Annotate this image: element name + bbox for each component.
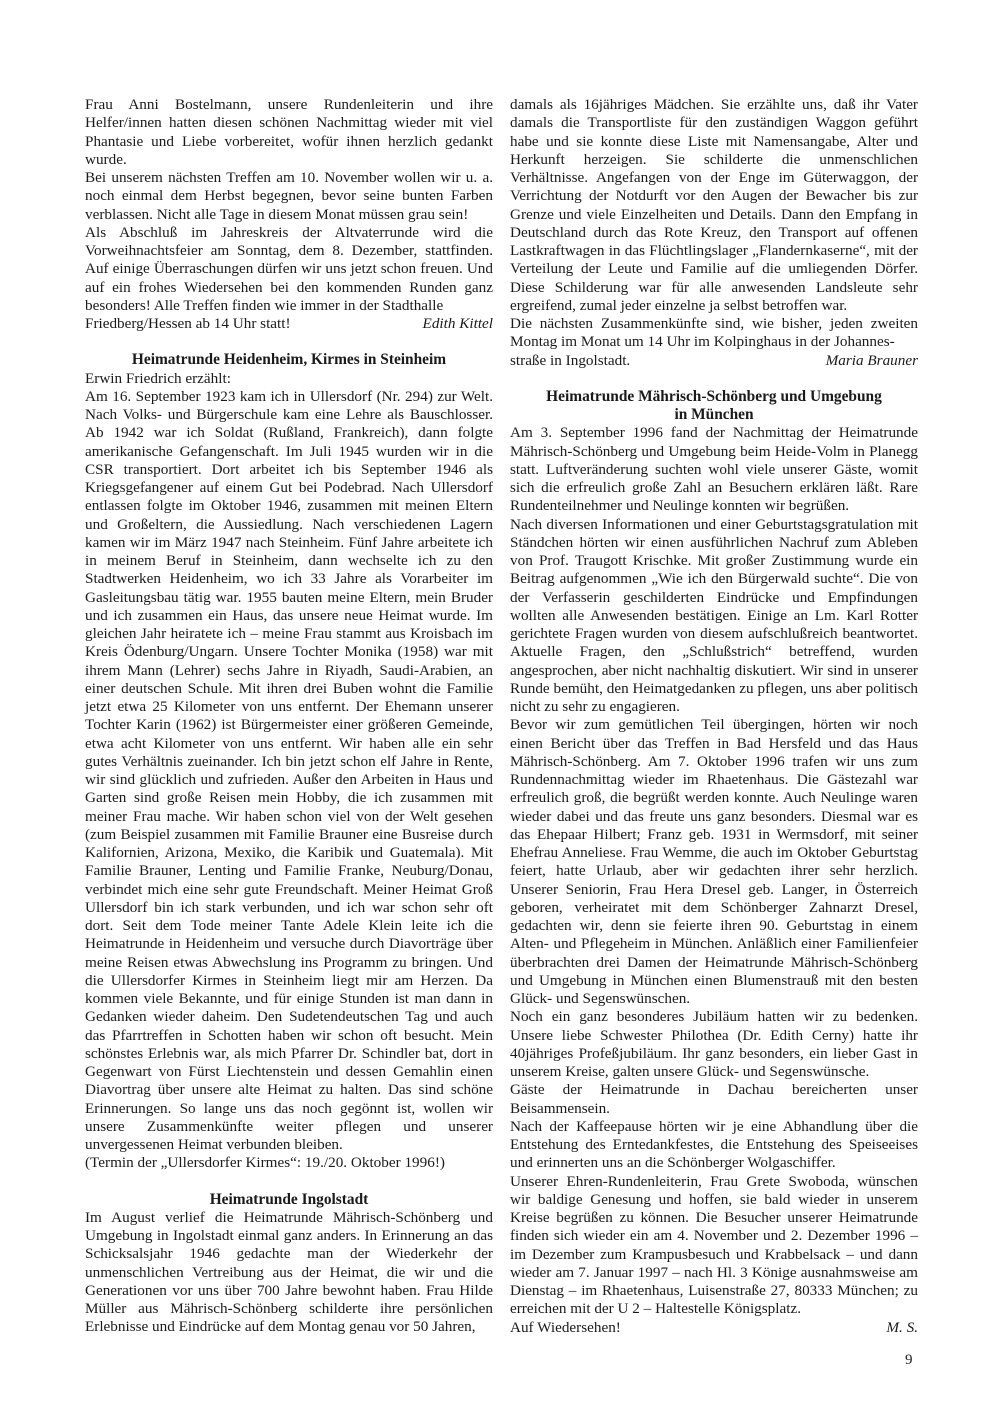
section-heading-muenchen: Heimatrunde Mährisch-Schönberg und Umgeb… [510,388,918,425]
intro-paragraph-1: Frau Anni Bostelmann, unsere Rundenleite… [85,96,493,169]
section-heading-ingolstadt: Heimatrunde Ingolstadt [85,1191,493,1209]
heidenheim-body: Am 16. September 1923 kam ich in Ullersd… [85,388,493,1155]
ingolstadt-body-continued: damals als 16jähriges Mädchen. Sie erzäh… [510,96,918,315]
right-column: damals als 16jähriges Mädchen. Sie erzäh… [510,96,918,1337]
ingolstadt-body: Im August verlief die Heimatrunde Mähris… [85,1209,493,1337]
muenchen-paragraph-3: Bevor wir zum gemütlichen Teil überginge… [510,716,918,1008]
intro-signature-line: Friedberg/Hessen ab 14 Uhr statt! Edith … [85,315,493,333]
heidenheim-byline: Erwin Friedrich erzählt: [85,370,493,388]
muenchen-paragraph-2: Nach diversen Informationen und einer Ge… [510,516,918,717]
heading-line-2: in München [674,406,753,423]
author-signature: Edith Kittel [423,315,493,333]
author-signature: M. S. [886,1319,918,1337]
muenchen-paragraph-5: Gäste der Heimatrunde in Dachau bereiche… [510,1081,918,1118]
intro-last-line: Friedberg/Hessen ab 14 Uhr statt! [85,315,291,333]
ingolstadt-last-line: straße in Ingolstadt. [510,352,630,370]
ingolstadt-signature-line: straße in Ingolstadt. Maria Brauner [510,352,918,370]
muenchen-paragraph-4: Noch ein ganz besonderes Jubiläum hatten… [510,1008,918,1081]
heading-line-1: Heimatrunde Mährisch-Schönberg und Umgeb… [546,388,882,405]
closing-text: Auf Wiedersehen! [510,1319,621,1337]
page-number: 9 [905,1352,913,1369]
muenchen-paragraph-1: Am 3. September 1996 fand der Nachmittag… [510,424,918,515]
ingolstadt-meetings: Die nächsten Zusammenkünfte sind, wie bi… [510,315,918,352]
muenchen-paragraph-7: Unserer Ehren-Rundenleiterin, Frau Grete… [510,1173,918,1319]
intro-paragraph-3: Als Abschluß im Jahreskreis der Altvater… [85,224,493,315]
document-page: Frau Anni Bostelmann, unsere Rundenleite… [0,0,1000,1412]
muenchen-signature-line: Auf Wiedersehen! M. S. [510,1319,918,1337]
author-signature: Maria Brauner [826,352,918,370]
section-spacer [510,370,918,388]
section-heading-heidenheim: Heimatrunde Heidenheim, Kirmes in Steinh… [85,351,493,369]
section-spacer [85,333,493,351]
section-spacer [85,1173,493,1191]
intro-paragraph-2: Bei unserem nächsten Treffen am 10. Nove… [85,169,493,224]
muenchen-paragraph-6: Nach der Kaffeepause hörten wir je eine … [510,1118,918,1173]
left-column: Frau Anni Bostelmann, unsere Rundenleite… [85,96,493,1337]
heidenheim-note: (Termin der „Ullersdorfer Kirmes“: 19./2… [85,1154,493,1172]
